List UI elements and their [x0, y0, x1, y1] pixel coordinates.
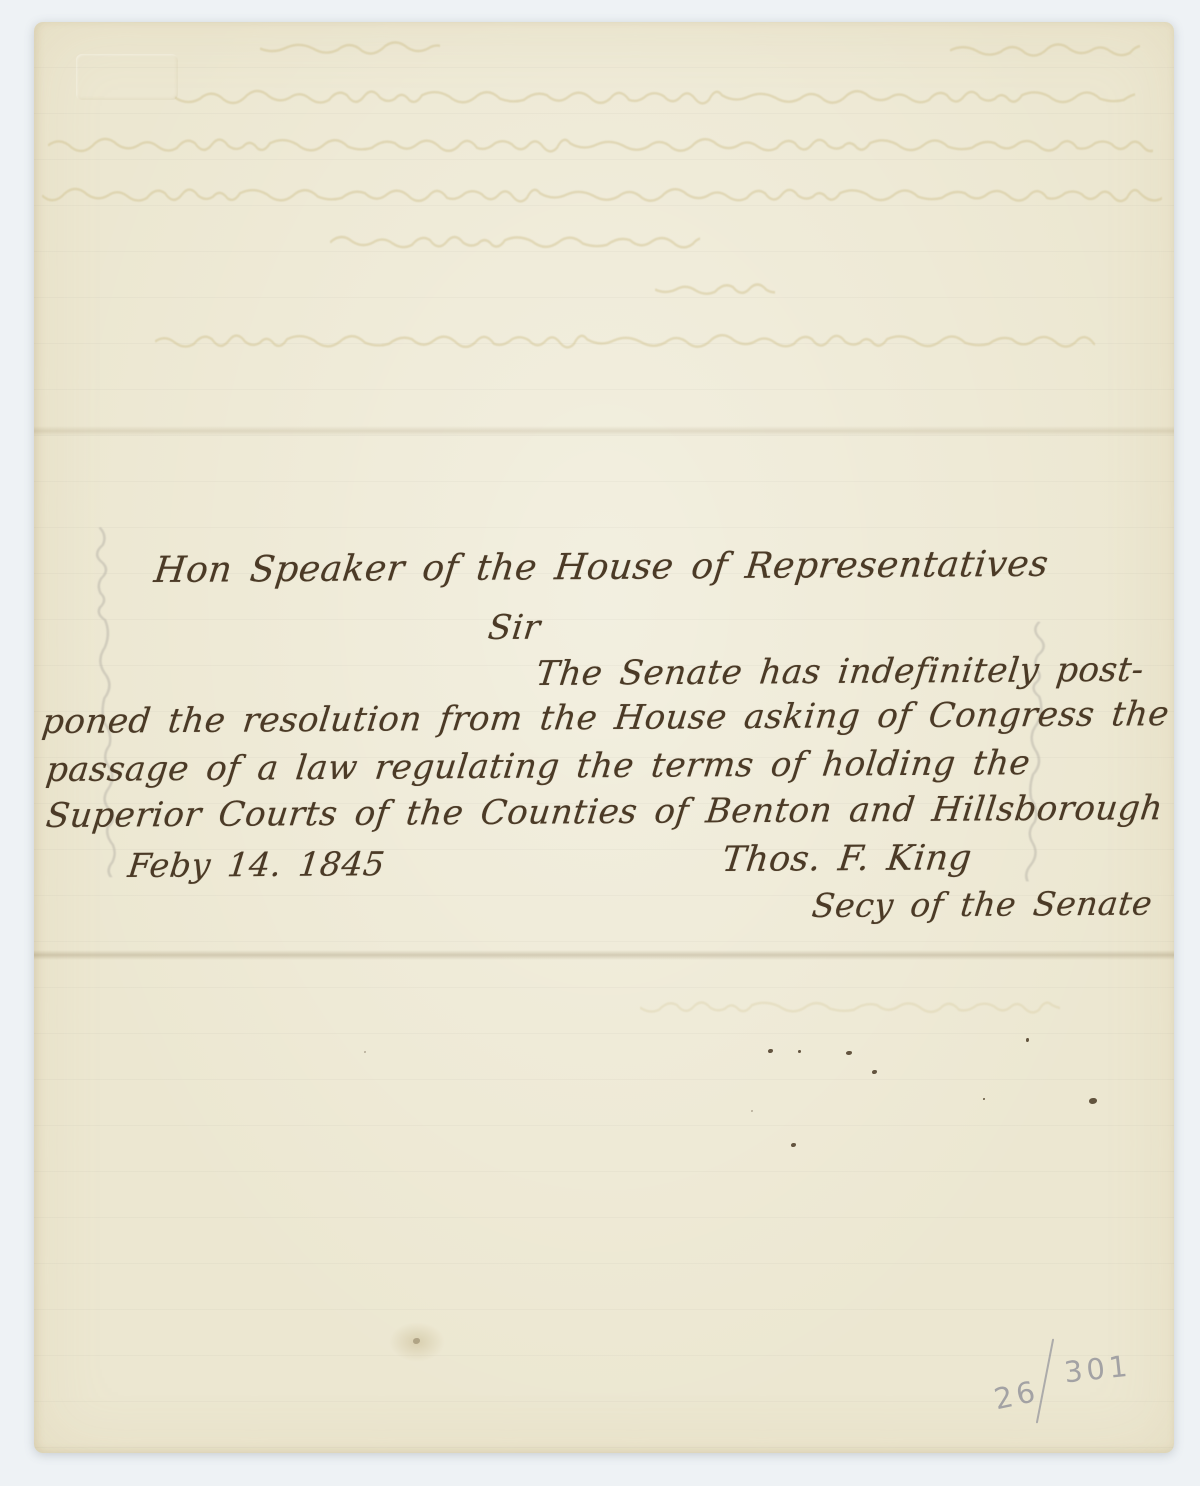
letter-body-line: Superior Courts of the Counties of Bento… — [44, 788, 1165, 836]
letter-body-line: poned the resolution from the House aski… — [40, 694, 1171, 742]
bleedthrough-line — [330, 232, 700, 260]
ink-speck — [364, 1051, 366, 1053]
ink-speck — [791, 1143, 796, 1147]
letter-body-line: passage of a law regulating the terms of… — [44, 743, 1032, 790]
ink-speck — [413, 1338, 420, 1344]
letter-body-line: The Senate has indefinitely post- — [534, 650, 1146, 694]
ink-speck — [1026, 1038, 1029, 1042]
bleedthrough-line — [42, 184, 1162, 214]
ink-speck — [768, 1049, 773, 1053]
document-page: Hon Speaker of the House of Representati… — [34, 22, 1174, 1453]
ink-speck — [872, 1070, 877, 1074]
bleedthrough-line — [950, 40, 1140, 68]
archival-number-slash — [1036, 1339, 1054, 1424]
bleedthrough-line — [155, 330, 1095, 360]
bleedthrough-line — [260, 38, 440, 66]
archival-number-left: 26 — [991, 1374, 1042, 1417]
fold-crease — [34, 950, 1174, 960]
ink-speck — [1089, 1098, 1097, 1104]
scan-background: Hon Speaker of the House of Representati… — [0, 0, 1200, 1486]
embossed-stamp — [76, 54, 178, 100]
archival-number: 26 301 — [984, 1344, 1144, 1440]
letter-greeting: Sir — [486, 608, 543, 648]
letter-date: Feby 14. 1845 — [126, 844, 387, 885]
bleedthrough-line — [48, 134, 1153, 164]
bleedthrough-line — [640, 998, 1060, 1024]
letter-salutation: Hon Speaker of the House of Representati… — [152, 544, 1051, 591]
signature-name: Thos. F. King — [720, 838, 974, 880]
ink-speck — [846, 1051, 852, 1055]
ink-speck — [983, 1098, 985, 1100]
ink-speck — [798, 1050, 801, 1053]
bleedthrough-line — [655, 280, 775, 306]
signature-title: Secy of the Senate — [810, 884, 1155, 925]
fold-crease — [34, 426, 1174, 436]
archival-number-right: 301 — [1062, 1349, 1133, 1390]
ink-speck — [751, 1110, 753, 1112]
bleedthrough-line — [175, 86, 1135, 116]
